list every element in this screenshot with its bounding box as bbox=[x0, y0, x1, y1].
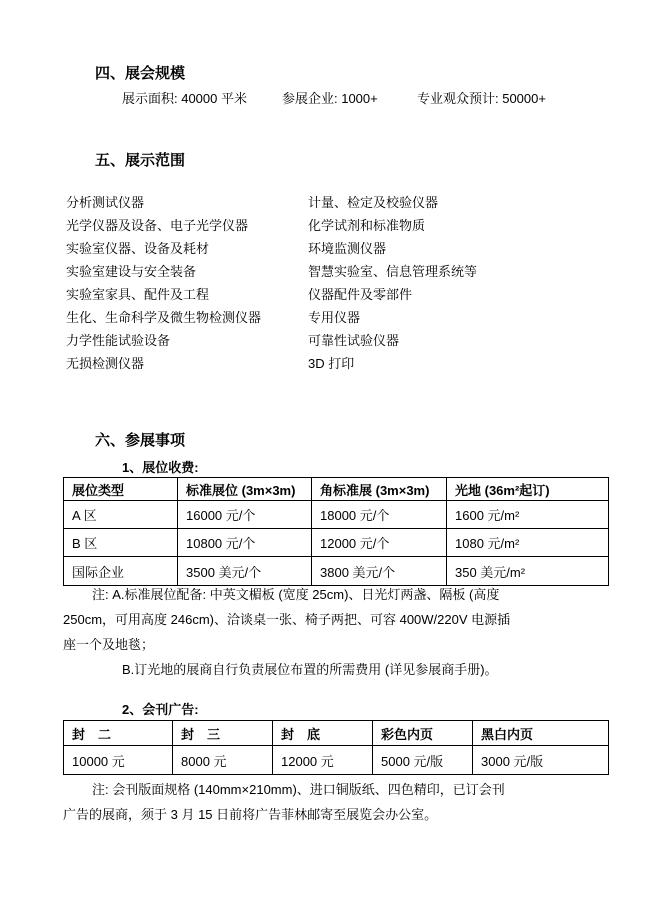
note-line: 广告的展商，须于 3 月 15 日前将广告菲林邮寄至展览会办公室。 bbox=[63, 802, 615, 827]
subheading-journal-ads: 2、会刊广告: bbox=[122, 701, 199, 719]
table-cell: 1600 元/m² bbox=[447, 501, 608, 529]
table-cell: 3000 元/版 bbox=[473, 746, 608, 774]
subheading-booth-fees: 1、展位收费: bbox=[122, 459, 199, 477]
scope-item: 可靠性试验仪器 bbox=[308, 329, 477, 352]
scope-item: 专用仪器 bbox=[308, 306, 477, 329]
table-cell: 10800 元/个 bbox=[178, 529, 312, 557]
section-heading-scale: 四、展会规模 bbox=[95, 64, 185, 84]
journal-ad-table: 封 二 封 三 封 底 彩色内页 黑白内页 10000 元 8000 元 120… bbox=[63, 720, 609, 775]
note-line: B.订光地的展商自行负责展位布置的所需费用 (详见参展商手册)。 bbox=[63, 657, 615, 682]
table-cell: 350 美元/m² bbox=[447, 557, 608, 585]
table-cell: 3500 美元/个 bbox=[178, 557, 312, 585]
table-header-cell: 展位类型 bbox=[64, 478, 178, 501]
table-cell: 18000 元/个 bbox=[312, 501, 447, 529]
note-line: 注: 会刊版面规格 (140mm×210mm)、进口铜版纸、四色精印，已订会刊 bbox=[63, 777, 615, 802]
scope-item: 光学仪器及设备、电子光学仪器 bbox=[66, 214, 261, 237]
scope-item: 实验室仪器、设备及耗材 bbox=[66, 237, 261, 260]
scope-item: 力学性能试验设备 bbox=[66, 329, 261, 352]
stat-visitor-estimate: 专业观众预计: 50000+ bbox=[417, 89, 546, 109]
scope-item: 分析测试仪器 bbox=[66, 191, 261, 214]
scope-list-left: 分析测试仪器 光学仪器及设备、电子光学仪器 实验室仪器、设备及耗材 实验室建设与… bbox=[66, 191, 261, 375]
scope-item: 化学试剂和标准物质 bbox=[308, 214, 477, 237]
scope-item: 环境监测仪器 bbox=[308, 237, 477, 260]
table-header-cell: 封 二 bbox=[64, 721, 173, 746]
table-cell: 8000 元 bbox=[173, 746, 273, 774]
section-heading-matters: 六、参展事项 bbox=[95, 431, 185, 451]
table-header-cell: 角标准展 (3m×3m) bbox=[312, 478, 447, 501]
scope-item: 智慧实验室、信息管理系统等 bbox=[308, 260, 477, 283]
table-cell: 国际企业 bbox=[64, 557, 178, 585]
note-line: 250cm，可用高度 246cm)、洽谈桌一张、椅子两把、可容 400W/220… bbox=[63, 607, 615, 632]
note-line: 注: A.标准展位配备: 中英文楣板 (宽度 25cm)、日光灯两盏、隔板 (高… bbox=[63, 582, 615, 607]
table-cell: 5000 元/版 bbox=[373, 746, 473, 774]
scope-item: 计量、检定及校验仪器 bbox=[308, 191, 477, 214]
document-page: 四、展会规模 展示面积: 40000 平米 参展企业: 1000+ 专业观众预计… bbox=[0, 0, 670, 922]
table-header-cell: 封 底 bbox=[273, 721, 373, 746]
table-header-cell: 光地 (36m²起订) bbox=[447, 478, 608, 501]
note-line: 座一个及地毯； bbox=[63, 632, 615, 657]
scope-item: 无损检测仪器 bbox=[66, 352, 261, 375]
section-heading-scope: 五、展示范围 bbox=[95, 151, 185, 171]
table-cell: 12000 元 bbox=[273, 746, 373, 774]
table-cell: 10000 元 bbox=[64, 746, 173, 774]
journal-note: 注: 会刊版面规格 (140mm×210mm)、进口铜版纸、四色精印，已订会刊 … bbox=[63, 777, 615, 827]
scope-item: 实验室建设与安全装备 bbox=[66, 260, 261, 283]
scope-item: 实验室家具、配件及工程 bbox=[66, 283, 261, 306]
scale-stats-row: 展示面积: 40000 平米 参展企业: 1000+ 专业观众预计: 50000… bbox=[0, 89, 670, 109]
table-header-cell: 彩色内页 bbox=[373, 721, 473, 746]
stat-exhibitor-count: 参展企业: 1000+ bbox=[282, 89, 378, 109]
table-cell: 16000 元/个 bbox=[178, 501, 312, 529]
table-cell: 3800 美元/个 bbox=[312, 557, 447, 585]
booth-price-table: 展位类型 标准展位 (3m×3m) 角标准展 (3m×3m) 光地 (36m²起… bbox=[63, 477, 609, 586]
scope-item: 3D 打印 bbox=[308, 352, 477, 375]
table-header-cell: 封 三 bbox=[173, 721, 273, 746]
table-header-cell: 标准展位 (3m×3m) bbox=[178, 478, 312, 501]
table-cell: A 区 bbox=[64, 501, 178, 529]
table-cell: B 区 bbox=[64, 529, 178, 557]
scope-list-right: 计量、检定及校验仪器 化学试剂和标准物质 环境监测仪器 智慧实验室、信息管理系统… bbox=[308, 191, 477, 375]
scope-item: 仪器配件及零部件 bbox=[308, 283, 477, 306]
booth-note: 注: A.标准展位配备: 中英文楣板 (宽度 25cm)、日光灯两盏、隔板 (高… bbox=[63, 582, 615, 682]
table-header-cell: 黑白内页 bbox=[473, 721, 608, 746]
table-cell: 12000 元/个 bbox=[312, 529, 447, 557]
table-cell: 1080 元/m² bbox=[447, 529, 608, 557]
scope-item: 生化、生命科学及微生物检测仪器 bbox=[66, 306, 261, 329]
stat-exhibit-area: 展示面积: 40000 平米 bbox=[122, 89, 247, 109]
